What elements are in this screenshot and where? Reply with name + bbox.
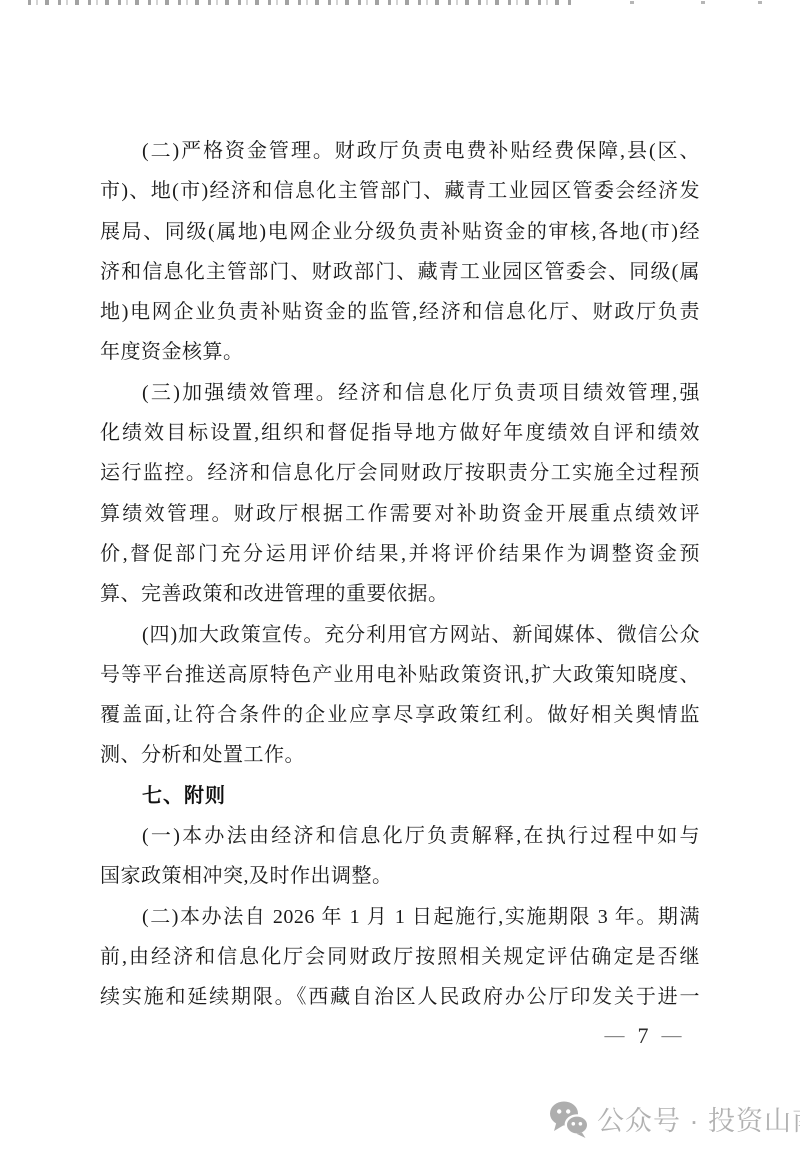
doc-line: 覆盖面,让符合条件的企业应享尽享政策红利。做好相关舆情监 <box>100 695 700 735</box>
section-heading: 七、附则 <box>100 776 700 816</box>
doc-line: 化绩效目标设置,组织和督促指导地方做好年度绩效自评和绩效 <box>100 413 700 453</box>
doc-line: (一)本办法由经济和信息化厅负责解释,在执行过程中如与 <box>100 816 700 856</box>
doc-line: 号等平台推送高原特色产业用电补贴政策资讯,扩大政策知晓度、 <box>100 655 700 695</box>
doc-line: 展局、同级(属地)电网企业分级负责补贴资金的审核,各地(市)经 <box>100 212 700 252</box>
doc-line: 续实施和延续期限。《西藏自治区人民政府办公厅印发关于进一 <box>100 977 700 1017</box>
document-body: (二)严格资金管理。财政厅负责电费补贴经费保障,县(区、 市)、地(市)经济和信… <box>100 131 700 1018</box>
document-page: (二)严格资金管理。财政厅负责电费补贴经费保障,县(区、 市)、地(市)经济和信… <box>0 0 800 1149</box>
doc-line: (三)加强绩效管理。经济和信息化厅负责项目绩效管理,强 <box>100 373 700 413</box>
doc-line: (二)本办法自 2026 年 1 月 1 日起施行,实施期限 3 年。期满 <box>100 897 700 937</box>
doc-line: 算、完善政策和改进管理的重要依据。 <box>100 574 700 614</box>
scan-artifact-dot <box>630 1 634 4</box>
watermark-label: 公众号 · 投资山南 <box>597 1099 800 1138</box>
doc-line: 运行监控。经济和信息化厅会同财政厅按职责分工实施全过程预 <box>100 453 700 493</box>
page-number-value: 7 <box>638 1023 649 1049</box>
page-number-dash-left: — <box>605 1027 625 1044</box>
watermark: 公众号 · 投资山南 <box>549 1099 800 1138</box>
page-number: — 7 — <box>578 1023 708 1049</box>
scan-artifact-dot <box>701 1 705 4</box>
doc-line: 市)、地(市)经济和信息化主管部门、藏青工业园区管委会经济发 <box>100 171 700 211</box>
doc-line: 国家政策相冲突,及时作出调整。 <box>100 856 700 896</box>
doc-line: 前,由经济和信息化厅会同财政厅按照相关规定评估确定是否继 <box>100 937 700 977</box>
doc-line: (四)加大政策宣传。充分利用官方网站、新闻媒体、微信公众 <box>100 615 700 655</box>
doc-line: 测、分析和处置工作。 <box>100 735 700 775</box>
page-number-dash-right: — <box>662 1027 682 1044</box>
wechat-icon <box>549 1100 589 1138</box>
doc-line: 价,督促部门充分运用评价结果,并将评价结果作为调整资金预 <box>100 534 700 574</box>
doc-line: 算绩效管理。财政厅根据工作需要对补助资金开展重点绩效评 <box>100 494 700 534</box>
scan-artifact-dot <box>758 1 762 4</box>
doc-line: 地)电网企业负责补贴资金的监管,经济和信息化厅、财政厅负责 <box>100 292 700 332</box>
doc-line: 年度资金核算。 <box>100 332 700 372</box>
doc-line: (二)严格资金管理。财政厅负责电费补贴经费保障,县(区、 <box>100 131 700 171</box>
scan-artifact-top <box>28 0 576 5</box>
doc-line: 济和信息化主管部门、财政部门、藏青工业园区管委会、同级(属 <box>100 252 700 292</box>
